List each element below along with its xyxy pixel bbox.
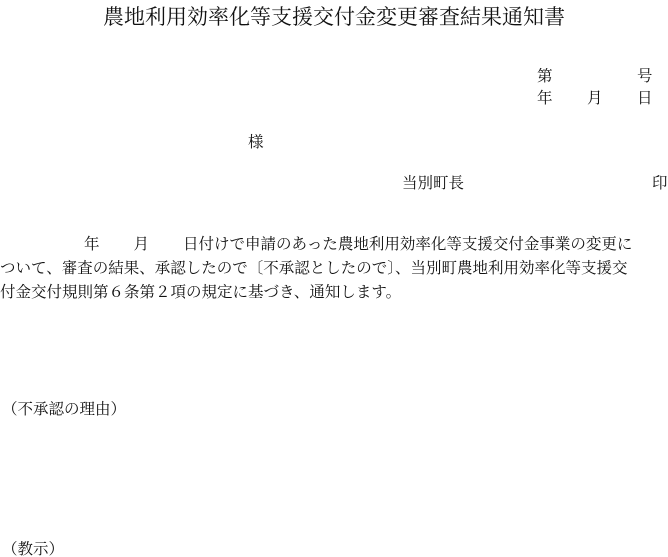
date-year-label: 年: [537, 88, 553, 108]
rejection-reason-label: （不承認の理由）: [2, 399, 126, 419]
notification-body: 年月日付けで申請のあった農地利用効率化等支援交付金事業の変更に ついて、審査の結…: [0, 232, 668, 304]
date-day-label: 日: [637, 88, 653, 108]
body-month-label: 月: [134, 235, 150, 253]
recipient-honorific: 様: [248, 132, 264, 152]
seal-mark: 印: [652, 173, 668, 193]
document-title: 農地利用効率化等支援交付金変更審査結果通知書: [0, 4, 668, 30]
body-line-3: 付金交付規則第６条第２項の規定に基づき、通知します。: [0, 280, 668, 304]
body-line-2: ついて、審査の結果、承認したので〔不承認としたので〕、当別町農地利用効率化等支援…: [0, 256, 668, 280]
body-year-label: 年: [84, 235, 100, 253]
reference-number-prefix: 第: [537, 66, 553, 86]
sender-name: 当別町長: [402, 173, 464, 193]
date-month-label: 月: [587, 88, 603, 108]
body-line-1: 年月日付けで申請のあった農地利用効率化等支援交付金事業の変更に: [0, 232, 668, 256]
reference-number-suffix: 号: [637, 66, 653, 86]
body-line-1-text: 日付けで申請のあった農地利用効率化等支援交付金事業の変更に: [183, 235, 632, 253]
instruction-label: （教示）: [2, 539, 64, 557]
